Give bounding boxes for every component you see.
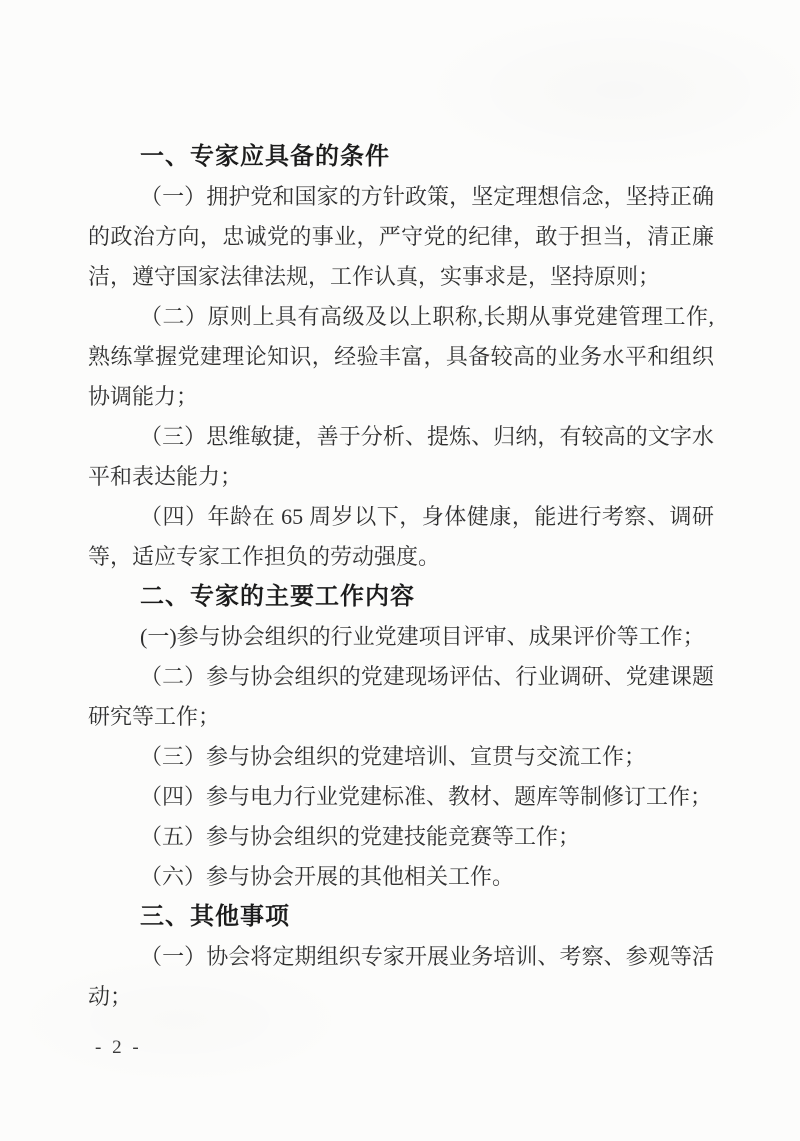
- paragraph: （三）参与协会组织的党建培训、宣贯与交流工作；: [88, 737, 714, 777]
- paragraph: （三）思维敏捷，善于分析、提炼、归纳，有较高的文字水平和表达能力；: [88, 417, 714, 497]
- paragraph: （二）参与协会组织的党建现场评估、行业调研、党建课题研究等工作；: [88, 657, 714, 737]
- paragraph: （四）年龄在 65 周岁以下，身体健康，能进行考察、调研等，适应专家工作担负的劳…: [88, 497, 714, 577]
- scanned-document-page: 一、专家应具备的条件 （一）拥护党和国家的方针政策，坚定理想信念，坚持正确的政治…: [0, 0, 800, 1141]
- section-heading-1: 一、专家应具备的条件: [88, 137, 714, 177]
- paragraph: （五）参与协会组织的党建技能竞赛等工作；: [88, 817, 714, 857]
- paragraph: （四）参与电力行业党建标准、教材、题库等制修订工作；: [88, 777, 714, 817]
- section-heading-2: 二、专家的主要工作内容: [88, 577, 714, 617]
- section-heading-3: 三、其他事项: [88, 897, 714, 937]
- paragraph: （一）协会将定期组织专家开展业务培训、考察、参观等活动；: [88, 937, 714, 1017]
- page-number: - 2 -: [95, 1036, 142, 1060]
- paragraph: （一）拥护党和国家的方针政策，坚定理想信念，坚持正确的政治方向，忠诚党的事业，严…: [88, 177, 714, 297]
- paragraph: (一)参与协会组织的行业党建项目评审、成果评价等工作；: [88, 617, 714, 657]
- paragraph: （六）参与协会开展的其他相关工作。: [88, 857, 714, 897]
- document-body: 一、专家应具备的条件 （一）拥护党和国家的方针政策，坚定理想信念，坚持正确的政治…: [88, 137, 714, 1017]
- paragraph: （二）原则上具有高级及以上职称,长期从事党建管理工作,熟练掌握党建理论知识，经验…: [88, 297, 714, 417]
